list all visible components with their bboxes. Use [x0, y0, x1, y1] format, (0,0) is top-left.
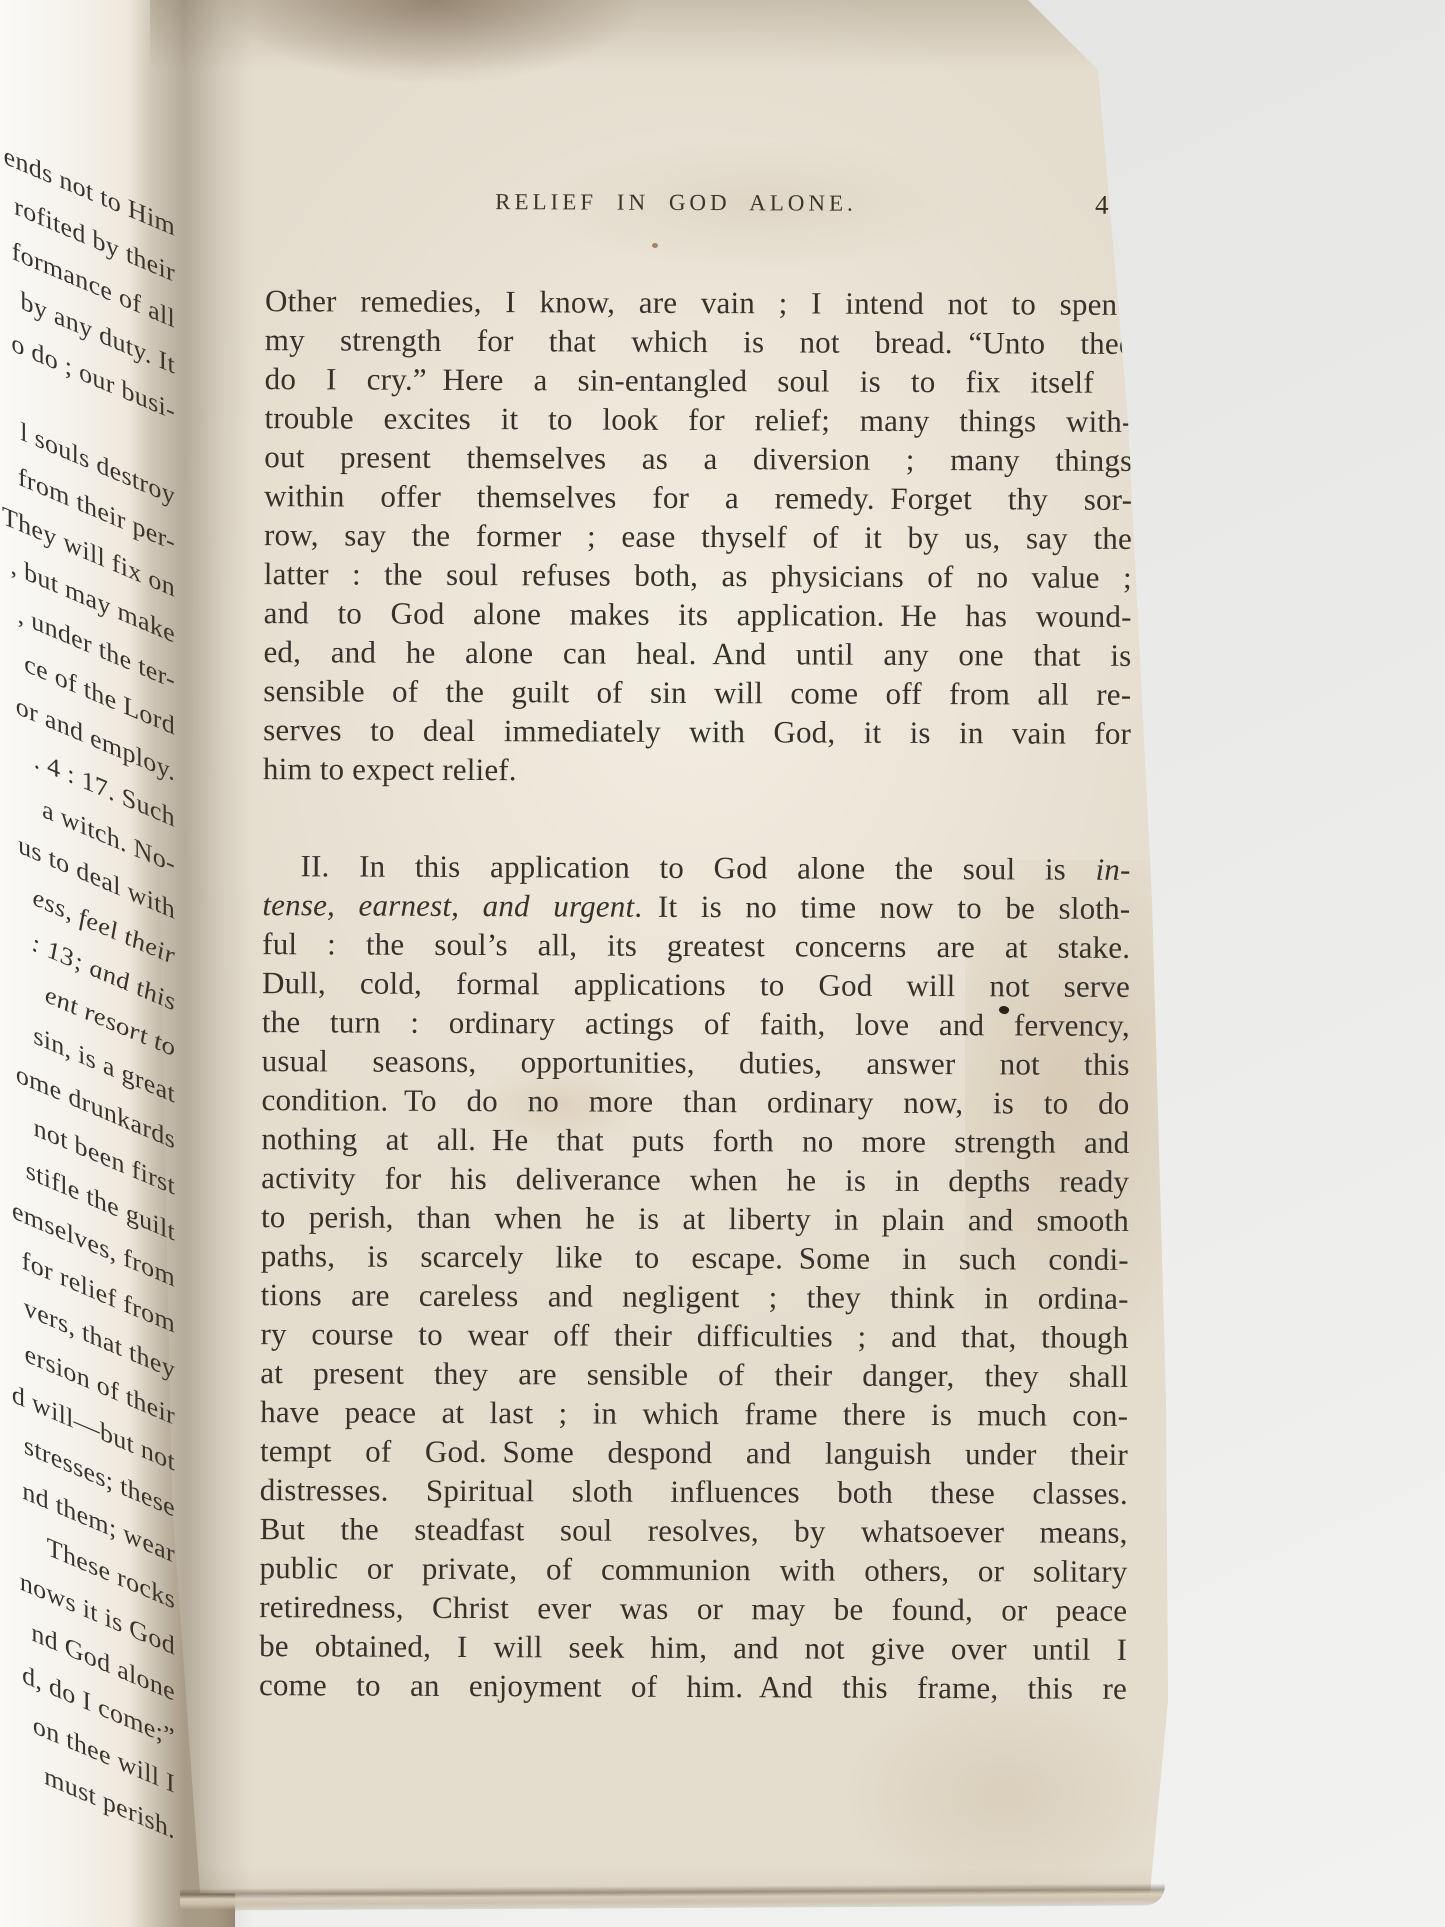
- body-line: tense, earnest, and urgent. It is no tim…: [262, 885, 1130, 928]
- body-line: II. In this application to God alone the…: [262, 846, 1130, 889]
- body-line: and to God alone makes its application. …: [264, 593, 1132, 636]
- paragraph-1: Other remedies, I know, are vain ; I int…: [263, 281, 1133, 792]
- body-line: activity for his deliverance when he is …: [261, 1158, 1129, 1201]
- body-line: to perish, than when he is at liberty in…: [261, 1197, 1129, 1240]
- body-line: my strength for that which is not bread.…: [265, 320, 1133, 363]
- body-line: sensible of the guilt of sin will come o…: [263, 671, 1131, 714]
- book-photo: RELIEF IN GOD ALONE. 41 Other remedies, …: [0, 0, 1445, 1927]
- body-line: ry course to wear off their difficulties…: [260, 1314, 1128, 1357]
- body-line: do I cry.” Here a sin-entangled soul is …: [265, 359, 1133, 402]
- body-line: Dull, cold, formal applications to God w…: [262, 963, 1130, 1006]
- body-line: serves to deal immediately with God, it …: [263, 710, 1131, 753]
- body-line: usual seasons, opportunities, duties, an…: [262, 1041, 1130, 1084]
- body-line: paths, is scarcely like to escape. Some …: [261, 1236, 1129, 1279]
- body-line: ed, and he alone can heal. And until any…: [263, 632, 1131, 675]
- body-line: within offer themselves for a remedy. Fo…: [264, 476, 1132, 519]
- body-line: public or private, of communion with oth…: [259, 1548, 1127, 1591]
- running-header: RELIEF IN GOD ALONE.: [262, 188, 1130, 218]
- ink-speck: [652, 243, 658, 248]
- body-line: out present themselves as a diversion ; …: [264, 437, 1132, 480]
- body-line: tions are careless and negligent ; they …: [261, 1275, 1129, 1318]
- body-line: row, say the former ; ease thyself of it…: [264, 515, 1132, 558]
- body-line: at present they are sensible of their da…: [260, 1353, 1128, 1396]
- body-line: retiredness, Christ ever was or may be f…: [259, 1587, 1127, 1630]
- body-line: But the steadfast soul resolves, by what…: [260, 1509, 1128, 1552]
- page-stain: [840, 1680, 1170, 1910]
- body-line: Other remedies, I know, are vain ; I int…: [265, 281, 1133, 324]
- body-line: distresses. Spiritual sloth influences b…: [260, 1470, 1128, 1513]
- body-line: him to expect relief.: [263, 749, 1131, 792]
- body-line: latter : the soul refuses both, as physi…: [264, 554, 1132, 597]
- page-number: 41: [1095, 190, 1130, 221]
- right-page: RELIEF IN GOD ALONE. 41 Other remedies, …: [0, 0, 1445, 1927]
- page-body: Other remedies, I know, are vain ; I int…: [259, 281, 1133, 1708]
- paragraph-2: II. In this application to God alone the…: [259, 846, 1131, 1708]
- body-line: trouble excites it to look for relief; m…: [264, 398, 1132, 441]
- body-line: be obtained, I will seek him, and not gi…: [259, 1626, 1127, 1669]
- body-line: condition. To do no more than ordinary n…: [261, 1080, 1129, 1123]
- body-line: ful : the soul’s all, its greatest conce…: [262, 924, 1130, 967]
- body-line: have peace at last ; in which frame ther…: [260, 1392, 1128, 1435]
- page-header-row: RELIEF IN GOD ALONE. 41: [262, 188, 1130, 218]
- body-line: nothing at all. He that puts forth no mo…: [261, 1119, 1129, 1162]
- body-line: come to an enjoyment of him. And this fr…: [259, 1665, 1127, 1708]
- body-line: tempt of God. Some despond and languish …: [260, 1431, 1128, 1474]
- body-line: the turn : ordinary actings of faith, lo…: [262, 1002, 1130, 1045]
